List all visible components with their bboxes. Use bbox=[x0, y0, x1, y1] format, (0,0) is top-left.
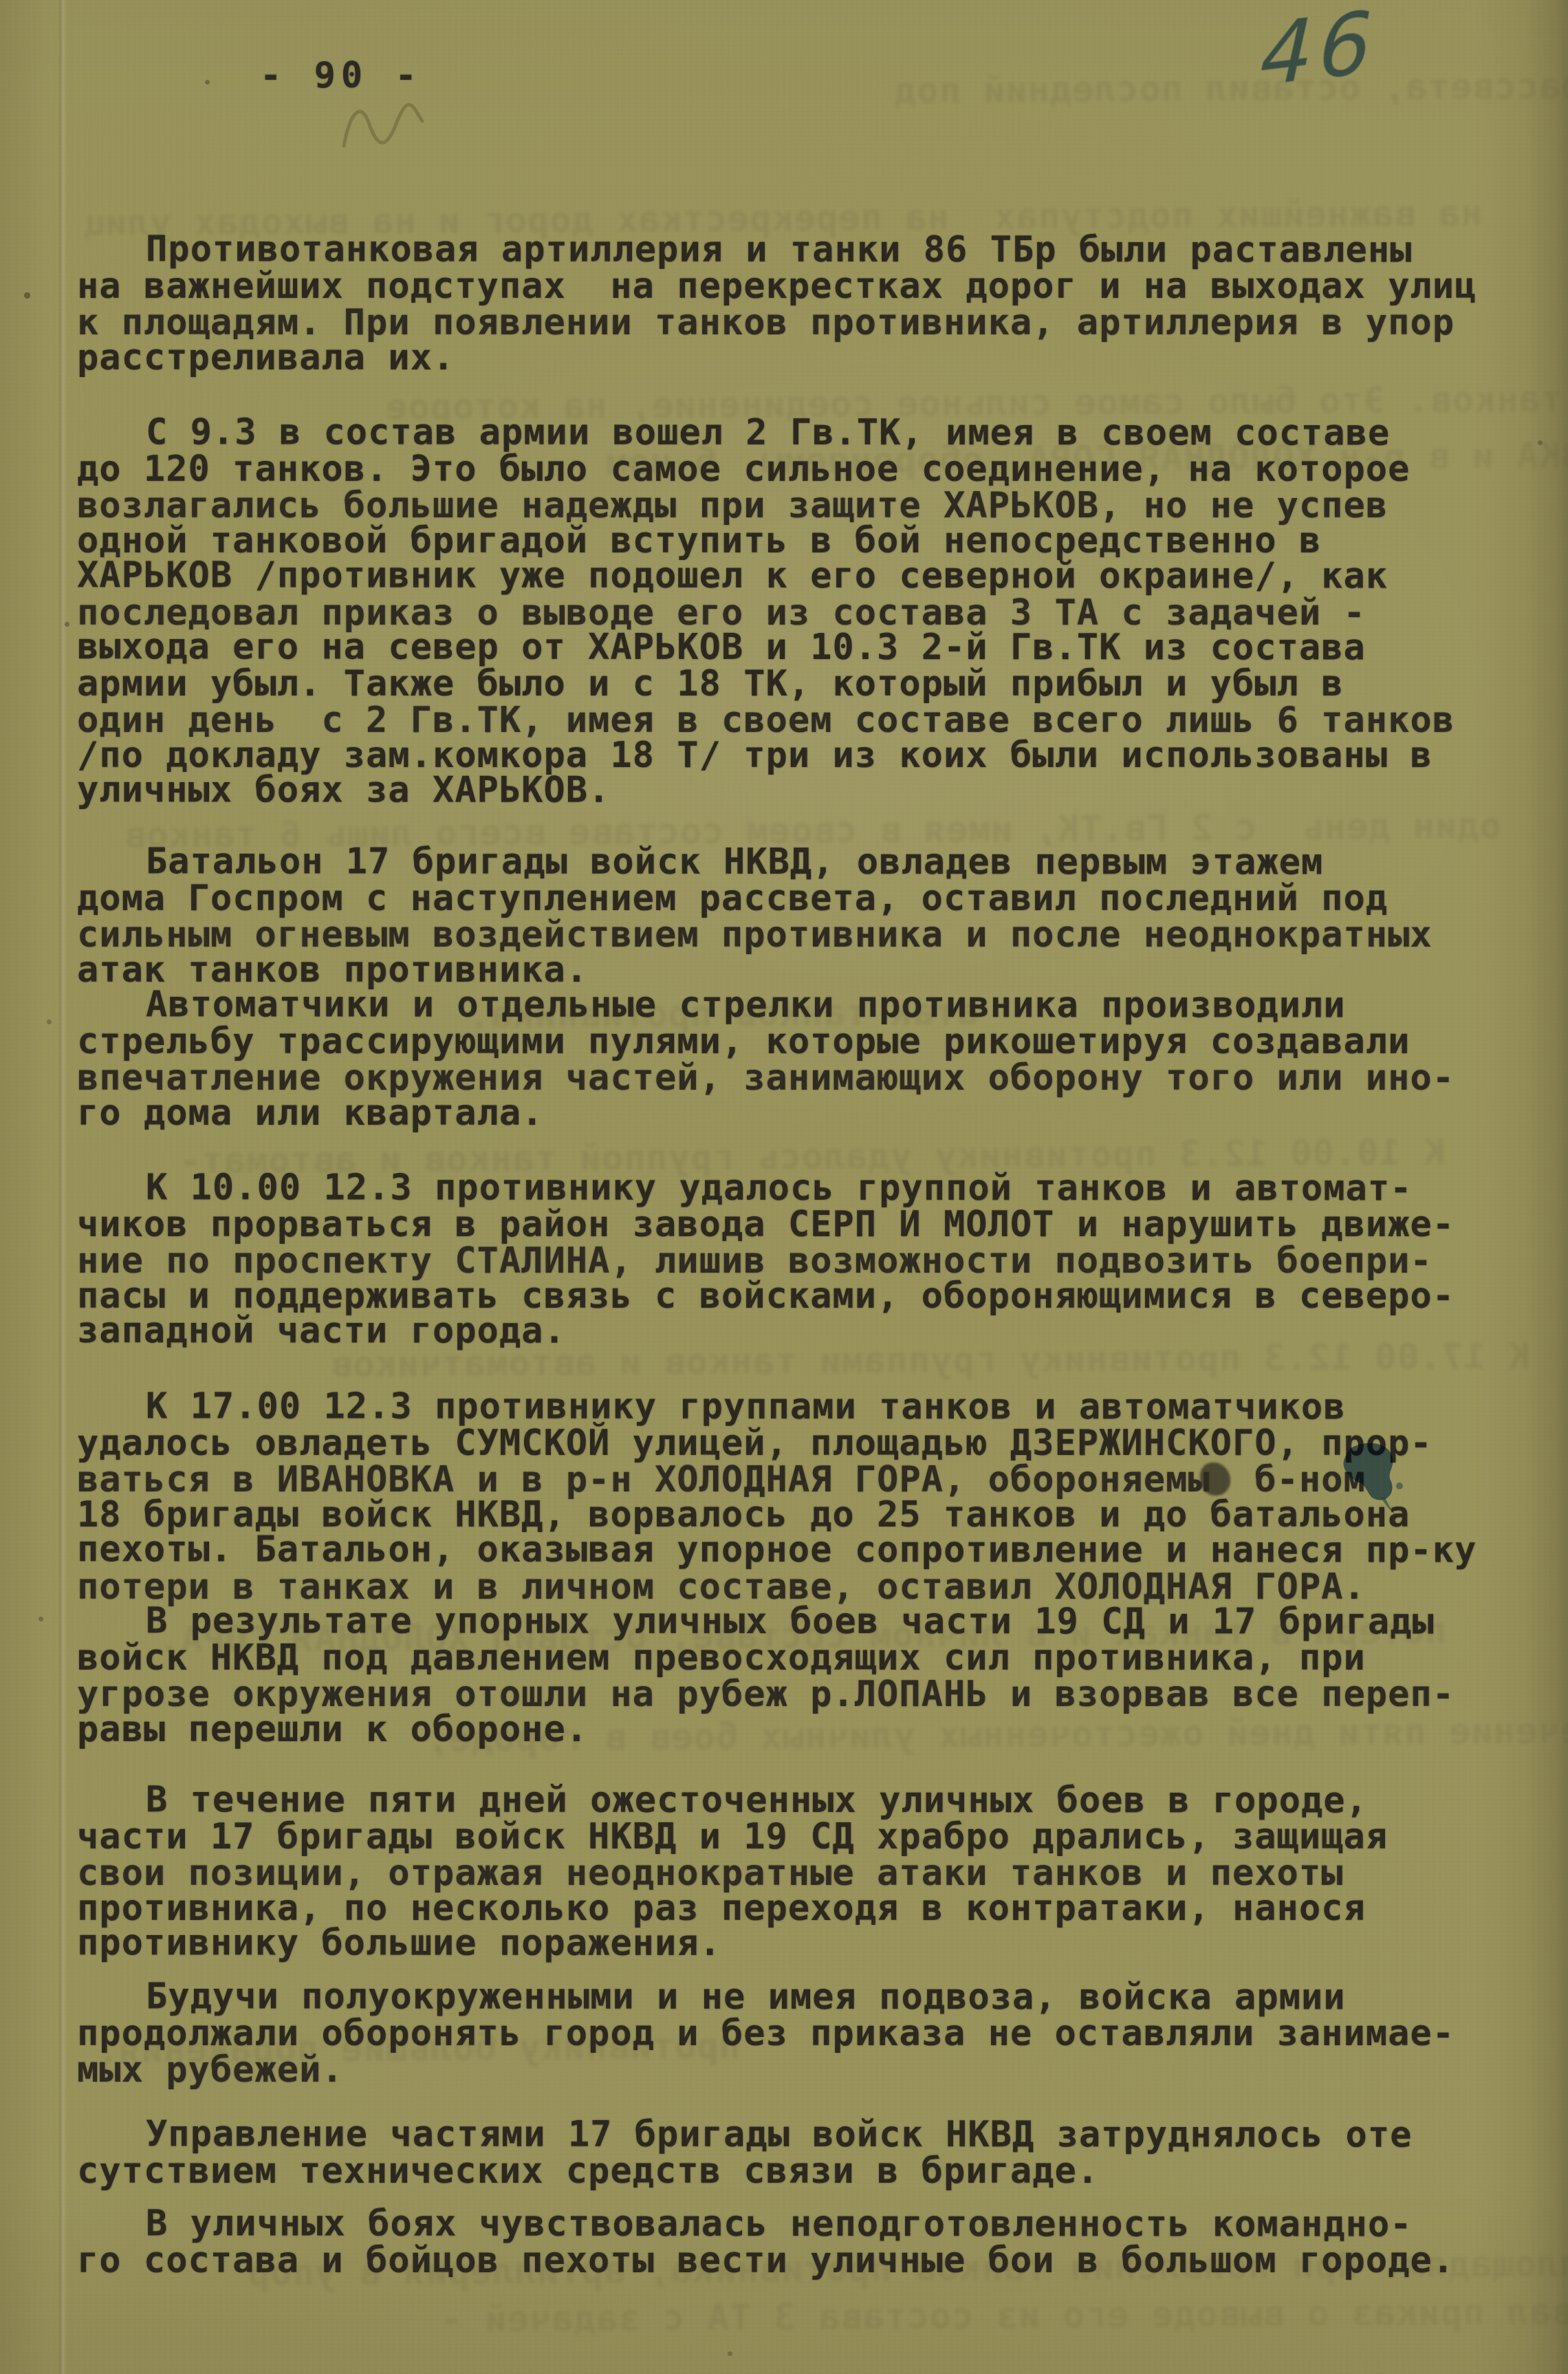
text-line: противника, по несколько раз переходя в … bbox=[77, 1890, 1528, 1926]
text-line: западной части города. bbox=[77, 1313, 1528, 1349]
paper-specks bbox=[0, 0, 2, 2]
page-number: - 90 - bbox=[260, 55, 422, 96]
paragraph: Автоматчики и отдельные стрелки противни… bbox=[77, 988, 1528, 1131]
text-line: впечатление окружения частей, занимающих… bbox=[77, 1060, 1528, 1096]
text-line: ХАРЬКОВ /противник уже подошел к его сев… bbox=[77, 557, 1528, 594]
text-line: го дома или квартала. bbox=[77, 1095, 1528, 1131]
bleedthrough-line: дома Госпром с наступлением рассвета, ос… bbox=[894, 61, 1568, 111]
text-line: ние по проспекту СТАЛИНА, лишив возможно… bbox=[77, 1243, 1528, 1279]
text-line: В уличных боях чувствовалась неподготовл… bbox=[77, 2205, 1528, 2242]
text-line: на важнейших подступах на перекрестках д… bbox=[77, 268, 1528, 304]
text-line: 18 бригады войск НКВД, ворвалось до 25 т… bbox=[77, 1497, 1528, 1533]
text-line: пасы и поддерживать связь с войсками, об… bbox=[77, 1278, 1528, 1314]
text-line: дома Госпром с наступлением рассвета, ос… bbox=[77, 881, 1528, 916]
paragraph: В уличных боях чувствовалась неподготовл… bbox=[77, 2207, 1528, 2278]
text-line: Противотанковая артиллерия и танки 86 ТБ… bbox=[77, 231, 1528, 268]
document-body: Противотанковая артиллерия и танки 86 ТБ… bbox=[77, 233, 1528, 2278]
text-line: С 9.3 в состав армии вошел 2 Гв.ТК, имея… bbox=[77, 414, 1528, 451]
text-line: выхода его на север от ХАРЬКОВ и 10.3 2-… bbox=[77, 629, 1528, 665]
paragraph: В течение пяти дней ожесточенных уличных… bbox=[77, 1783, 1528, 1962]
paragraph: Батальон 17 бригады войск НКВД, овладев … bbox=[77, 845, 1528, 988]
paragraph: В результате упорных уличных боев части … bbox=[77, 1604, 1528, 1747]
text-line: мых рубежей. bbox=[77, 2052, 1528, 2088]
text-line: Управление частями 17 бригады войск НКВД… bbox=[77, 2116, 1528, 2152]
ink-blot bbox=[1333, 1438, 1422, 1520]
text-line: Батальон 17 бригады войск НКВД, овладев … bbox=[77, 843, 1528, 880]
scanned-document-page: на важнейших подступах на перекрестках д… bbox=[0, 0, 1568, 2374]
paragraph: Управление частями 17 бригады войск НКВД… bbox=[77, 2117, 1528, 2189]
text-line: пехоты. Батальон, оказывая упорное сопро… bbox=[77, 1531, 1528, 1568]
text-line: угрозе окружения отошли на рубеж р.ЛОПАН… bbox=[77, 1676, 1528, 1712]
text-line: атак танков противника. bbox=[77, 952, 1528, 988]
text-line: ваться в ИВАНОВКА и в р-н ХОЛОДНАЯ ГОРА,… bbox=[77, 1462, 1528, 1498]
text-line: части 17 бригады войск НКВД и 19 СД храб… bbox=[77, 1819, 1528, 1855]
text-line: продолжали оборонять город и без приказа… bbox=[77, 2016, 1528, 2051]
text-line: расстреливала их. bbox=[77, 340, 1528, 376]
text-line: один день с 2 Гв.ТК, имея в своем состав… bbox=[77, 702, 1528, 738]
paragraph: К 10.00 12.3 противнику удалось группой … bbox=[77, 1171, 1528, 1350]
text-line: потери в танках и в личном составе, оста… bbox=[77, 1569, 1528, 1605]
text-line: уличных боях за ХАРЬКОВ. bbox=[77, 772, 1528, 808]
text-line: Будучи полуокруженными и не имея подвоза… bbox=[77, 1978, 1528, 2015]
text-line: последовал приказ о выводе его из состав… bbox=[77, 595, 1528, 631]
text-line: свои позиции, отражая неоднократные атак… bbox=[77, 1855, 1528, 1891]
text-line: сутствием технических средств связи в бр… bbox=[77, 2153, 1528, 2189]
text-line: К 17.00 12.3 противнику группами танков … bbox=[77, 1388, 1528, 1425]
text-line: В результате упорных уличных боев части … bbox=[77, 1603, 1528, 1639]
paragraph: С 9.3 в состав армии вошел 2 Гв.ТК, имея… bbox=[77, 416, 1528, 809]
text-line: стрельбу трассирующими пулями, которые р… bbox=[77, 1024, 1528, 1059]
text-line: удалось овладеть СУМСКОЙ улицей, площадь… bbox=[77, 1425, 1528, 1461]
text-line: /по докладу зам.комкора 18 Т/ три из кои… bbox=[77, 737, 1528, 773]
text-line: возлагались большие надежды при защите Х… bbox=[77, 488, 1528, 524]
paragraph: Будучи полуокруженными и не имея подвоза… bbox=[77, 1980, 1528, 2087]
pencil-mark bbox=[338, 96, 428, 165]
text-line: войск НКВД под давлением превосходящих с… bbox=[77, 1640, 1528, 1676]
text-line: до 120 танков. Это было самое сильное со… bbox=[77, 451, 1528, 487]
paragraph: К 17.00 12.3 противнику группами танков … bbox=[77, 1390, 1528, 1604]
text-line: сильным огневым воздействием противника … bbox=[77, 917, 1528, 953]
text-line: одной танковой бригадой вступить в бой н… bbox=[77, 523, 1528, 559]
text-line: противнику большие поражения. bbox=[77, 1925, 1528, 1961]
text-line: го состава и бойцов пехоты вести уличные… bbox=[77, 2243, 1528, 2278]
text-line: Автоматчики и отдельные стрелки противни… bbox=[77, 986, 1528, 1023]
text-line: К 10.00 12.3 противнику удалось группой … bbox=[77, 1169, 1528, 1206]
text-line: В течение пяти дней ожесточенных уличных… bbox=[77, 1782, 1528, 1818]
paragraph: Противотанковая артиллерия и танки 86 ТБ… bbox=[77, 233, 1528, 376]
text-line: к площадям. При появлении танков противн… bbox=[77, 305, 1528, 341]
text-line: равы перешли к обороне. bbox=[77, 1712, 1528, 1747]
text-line: чиков прорваться в район завода СЕРП И М… bbox=[77, 1207, 1528, 1242]
text-line: армии убыл. Также было и с 18 ТК, которы… bbox=[77, 666, 1528, 702]
bleedthrough-line: последовал приказ о выводе его из состав… bbox=[440, 2290, 1568, 2340]
handwritten-folio-number: 46 bbox=[1259, 0, 1379, 105]
